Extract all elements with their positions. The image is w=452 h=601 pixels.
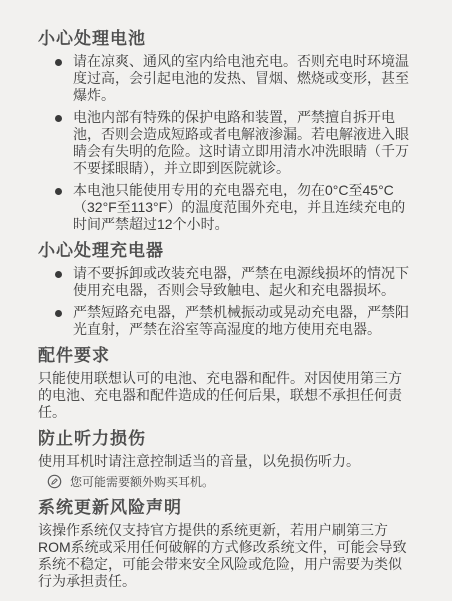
- section-hearing-protection: 防止听力损伤 使用耳机时请注意控制适当的音量，以免损伤听力。 您可能需要额外购买…: [38, 429, 412, 490]
- bullet-text: 严禁短路充电器，严禁机械振动或晃动充电器，严禁阳光直射，严禁在浴室等高湿度的地方…: [73, 304, 411, 338]
- bullet-text: 本电池只能使用专用的充电器充电，勿在0°C至45°C（32°F至113°F）的温…: [73, 182, 411, 233]
- section-heading: 系统更新风险声明: [38, 498, 412, 517]
- note-pencil-icon: [47, 474, 62, 489]
- list-item: 本电池只能使用专用的充电器充电，勿在0°C至45°C（32°F至113°F）的温…: [38, 182, 412, 233]
- section-heading: 防止听力损伤: [38, 429, 412, 448]
- note-text: 您可能需要额外购买耳机。: [70, 474, 214, 490]
- section-heading: 小心处理电池: [38, 29, 412, 48]
- section-heading: 小心处理充电器: [38, 241, 412, 260]
- note-row: 您可能需要额外购买耳机。: [47, 474, 412, 490]
- manual-page: 小心处理电池 请在凉爽、通风的室内给电池充电。否则充电时环境温度过高，会引起电池…: [0, 0, 452, 601]
- bullet-icon: [55, 59, 62, 66]
- bullet-icon: [55, 271, 62, 278]
- bullet-icon: [55, 115, 62, 122]
- body-paragraph: 只能使用联想认可的电池、充电器和配件。对因使用第三方的电池、充电器和配件造成的任…: [38, 370, 412, 421]
- section-accessory-requirements: 配件要求 只能使用联想认可的电池、充电器和配件。对因使用第三方的电池、充电器和配…: [38, 346, 412, 421]
- bullet-icon: [55, 310, 62, 317]
- bullet-text: 请不要拆卸或改装充电器，严禁在电源线损坏的情况下使用充电器，否则会导致触电、起火…: [73, 265, 411, 299]
- list-item: 电池内部有特殊的保护电路和装置，严禁擅自拆开电池，否则会造成短路或者电解液渗漏。…: [38, 109, 412, 177]
- section-heading: 配件要求: [38, 346, 412, 365]
- body-paragraph: 该操作系统仅支持官方提供的系统更新，若用户刷第三方ROM系统或采用任何破解的方式…: [38, 522, 412, 590]
- section-battery-handling: 小心处理电池 请在凉爽、通风的室内给电池充电。否则充电时环境温度过高，会引起电池…: [38, 29, 412, 233]
- list-item: 请在凉爽、通风的室内给电池充电。否则充电时环境温度过高，会引起电池的发热、冒烟、…: [38, 53, 412, 104]
- bullet-text: 电池内部有特殊的保护电路和装置，严禁擅自拆开电池，否则会造成短路或者电解液渗漏。…: [73, 109, 411, 177]
- section-system-update-risk: 系统更新风险声明 该操作系统仅支持官方提供的系统更新，若用户刷第三方ROM系统或…: [38, 498, 412, 590]
- list-item: 严禁短路充电器，严禁机械振动或晃动充电器，严禁阳光直射，严禁在浴室等高湿度的地方…: [38, 304, 412, 338]
- body-paragraph: 使用耳机时请注意控制适当的音量，以免损伤听力。: [38, 453, 412, 470]
- list-item: 请不要拆卸或改装充电器，严禁在电源线损坏的情况下使用充电器，否则会导致触电、起火…: [38, 265, 412, 299]
- section-charger-handling: 小心处理充电器 请不要拆卸或改装充电器，严禁在电源线损坏的情况下使用充电器，否则…: [38, 241, 412, 338]
- bullet-icon: [55, 188, 62, 195]
- bullet-text: 请在凉爽、通风的室内给电池充电。否则充电时环境温度过高，会引起电池的发热、冒烟、…: [73, 53, 411, 104]
